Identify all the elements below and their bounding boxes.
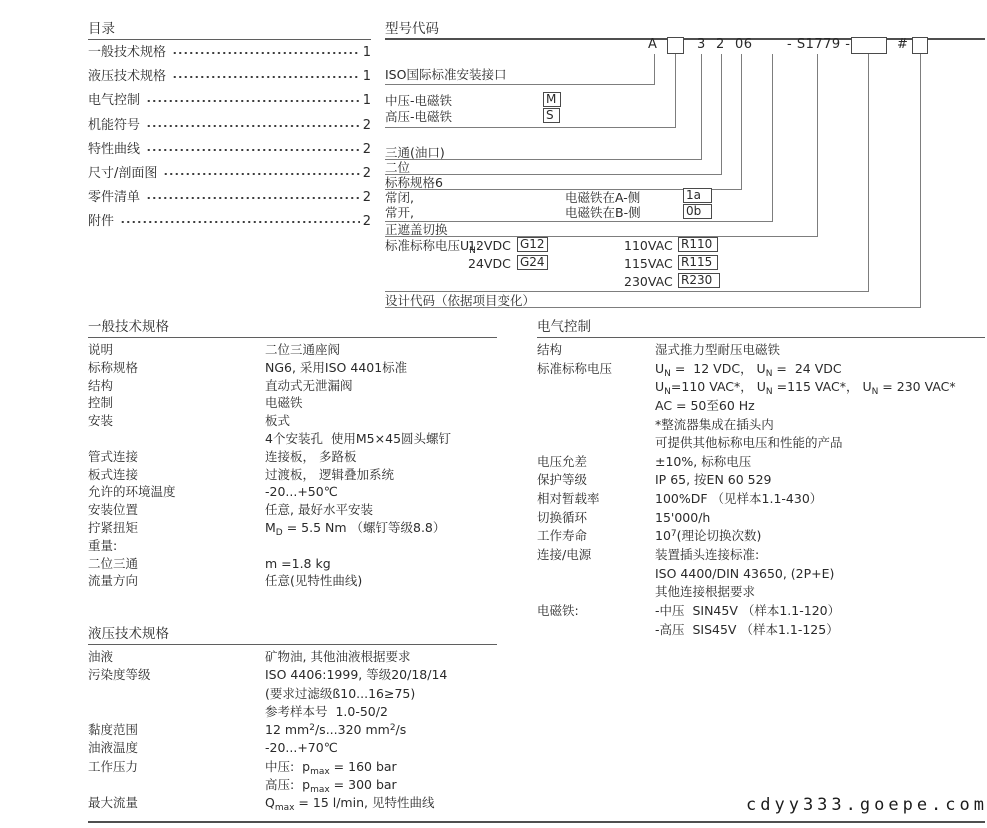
table-of-contents: 目录 一般技术规格1 液压技术规格1 电气控制1 机能符号2 特性曲线2 尺寸/… xyxy=(88,22,371,235)
code-part-hash: # xyxy=(897,37,908,53)
spec-label: 控制 xyxy=(88,394,265,412)
spec-row: 允许的环境温度-20...+50℃ xyxy=(88,483,497,501)
spec-row: 安装位置任意, 最好水平安装 xyxy=(88,501,497,519)
page-bottom-rule xyxy=(88,821,985,823)
toc-leader-dots xyxy=(146,98,360,104)
spec-row: UN=110 VAC*， UN =115 VAC*， UN = 230 VAC* xyxy=(537,378,985,397)
high-pressure-solenoid-label: 高压-电磁铁 xyxy=(385,110,452,124)
spec-row: 连接/电源装置插头连接标准: xyxy=(537,546,985,565)
toc-item: 电气控制1 xyxy=(88,89,371,113)
spec-value: 矿物油, 其他油液根据要求 xyxy=(265,648,497,666)
spec-value: (要求过滤级ß10...16≥75) xyxy=(265,685,497,703)
toc-page-number: 1 xyxy=(363,65,371,89)
toc-page-number: 2 xyxy=(363,186,371,210)
toc-page-number: 2 xyxy=(363,210,371,234)
spec-row: 重量: xyxy=(88,537,497,555)
label-rule xyxy=(385,236,818,237)
spec-row: 二位三通m =1.8 kg xyxy=(88,555,497,573)
spec-label: 管式连接 xyxy=(88,448,265,466)
spec-value: m =1.8 kg xyxy=(265,555,497,573)
connector-line xyxy=(741,54,742,189)
spec-label: 保护等级 xyxy=(537,471,655,490)
spec-row: 切换循环15'000/h xyxy=(537,509,985,528)
toc-item-label: 特性曲线 xyxy=(88,138,140,162)
spec-label: 安装 xyxy=(88,412,265,430)
voltage-option-label: 230VAC xyxy=(624,275,673,289)
toc-page-number: 2 xyxy=(363,114,371,138)
code-option-0b: 0b xyxy=(683,204,712,219)
code-option-S: S xyxy=(543,108,560,123)
spec-value: Qmax = 15 l/min, 见特性曲线 xyxy=(265,794,497,812)
spec-value: *整流器集成在插头内 xyxy=(655,416,985,435)
watermark-text: cdyy333.goepe.com xyxy=(746,795,987,815)
spec-label: 说明 xyxy=(88,341,265,359)
spec-row: 可提供其他标称电压和性能的产品 xyxy=(537,434,985,453)
code-slot-design-box xyxy=(912,37,928,54)
toc-item-label: 一般技术规格 xyxy=(88,41,166,65)
spec-label: 污染度等级 xyxy=(88,666,265,684)
spec-label: 工作压力 xyxy=(88,758,265,776)
toc-page-number: 1 xyxy=(363,41,371,65)
spec-row: 安装板式 xyxy=(88,412,497,430)
spec-label: 电磁铁: xyxy=(537,602,655,621)
spec-row: 油液温度-20...+70℃ xyxy=(88,739,497,757)
toc-page-number: 2 xyxy=(363,162,371,186)
spec-label: 相对暂载率 xyxy=(537,490,655,509)
toc-page-number: 1 xyxy=(363,89,371,113)
toc-item-label: 尺寸/剖面图 xyxy=(88,162,157,186)
spec-row: 黏度范围12 mm2/s...320 mm2/s xyxy=(88,721,497,739)
code-part-size: 06 xyxy=(735,37,753,53)
spec-value: 中压: pmax = 160 bar xyxy=(265,758,497,776)
code-slot-voltage-box xyxy=(851,37,887,54)
three-way-label: 三通(油口) xyxy=(385,146,445,160)
toc-item: 特性曲线2 xyxy=(88,138,371,162)
toc-leader-dots xyxy=(146,195,360,201)
spec-value: 100%DF （见样本1.1-430） xyxy=(655,490,985,509)
spec-label: 油液温度 xyxy=(88,739,265,757)
toc-leader-dots xyxy=(146,123,360,129)
code-part-iso: A xyxy=(648,37,657,53)
spec-value: 其他连接根据要求 xyxy=(655,583,985,602)
code-part-two-position: 2 xyxy=(716,37,725,53)
toc-title: 目录 xyxy=(88,22,371,40)
spec-label: 二位三通 xyxy=(88,555,265,573)
toc-item-label: 电气控制 xyxy=(88,89,140,113)
spec-row: 油液矿物油, 其他油液根据要求 xyxy=(88,648,497,666)
toc-leader-dots xyxy=(163,171,359,177)
spec-value: ISO 4400/DIN 43650, (2P+E) xyxy=(655,565,985,584)
connector-line xyxy=(721,54,722,174)
code-option-M: M xyxy=(543,92,561,107)
spec-value: 高压: pmax = 300 bar xyxy=(265,776,497,794)
spec-label: 标称规格 xyxy=(88,359,265,377)
spec-value: 参考样本号 1.0-50/2 xyxy=(265,703,497,721)
voltage-option-label: 12VDC xyxy=(468,239,511,253)
spec-value: IP 65, 按EN 60 529 xyxy=(655,471,985,490)
spec-row: ISO 4400/DIN 43650, (2P+E) xyxy=(537,565,985,584)
spec-label: 油液 xyxy=(88,648,265,666)
electrical-specs-title: 电气控制 xyxy=(537,320,985,338)
toc-leader-dots xyxy=(146,147,360,153)
spec-value: 可提供其他标称电压和性能的产品 xyxy=(655,434,985,453)
design-code-label: 设计代码（依据项目变化） xyxy=(385,294,535,308)
spec-row: 污染度等级ISO 4406:1999, 等级20/18/14 xyxy=(88,666,497,684)
spec-label: 电压允差 xyxy=(537,453,655,472)
connector-line xyxy=(772,54,773,221)
spec-value: 4个安装孔 使用M5×45圆头螺钉 xyxy=(265,430,497,448)
connector-line xyxy=(868,54,869,291)
spec-label: 工作寿命 xyxy=(537,527,655,546)
spec-row: 电压允差±10%, 标称电压 xyxy=(537,453,985,472)
two-position-label: 二位 xyxy=(385,161,410,175)
spec-value: -20...+50℃ xyxy=(265,483,497,501)
spec-row: AC = 50至60 Hz xyxy=(537,397,985,416)
spec-row: 保护等级IP 65, 按EN 60 529 xyxy=(537,471,985,490)
spec-row: 工作寿命107(理论切换次数) xyxy=(537,527,985,546)
hydraulic-specs-title: 液压技术规格 xyxy=(88,627,497,645)
spec-label: 结构 xyxy=(537,341,655,360)
spec-label: 最大流量 xyxy=(88,794,265,812)
toc-item: 零件清单2 xyxy=(88,186,371,210)
code-option-R115: R115 xyxy=(678,255,718,270)
spec-row: 标准标称电压UN = 12 VDC， UN = 24 VDC xyxy=(537,360,985,379)
voltage-option-label: 115VAC xyxy=(624,257,673,271)
medium-pressure-solenoid-label: 中压-电磁铁 xyxy=(385,94,452,108)
spec-label: 拧紧扭矩 xyxy=(88,519,265,537)
solenoid-a-side-label: 电磁铁在A-侧 xyxy=(565,191,640,205)
spec-row: -高压 SIS45V （样本1.1-125） xyxy=(537,621,985,640)
spec-value: 直动式无泄漏阀 xyxy=(265,377,497,395)
spec-value: MD = 5.5 Nm （螺钉等级8.8） xyxy=(265,519,497,537)
connector-line xyxy=(675,54,676,127)
connector-line xyxy=(701,54,702,159)
spec-row: 最大流量Qmax = 15 l/min, 见特性曲线 xyxy=(88,794,497,812)
spec-row: 说明二位三通座阀 xyxy=(88,341,497,359)
normally-closed-label: 常闭, xyxy=(385,191,414,205)
toc-leader-dots xyxy=(172,50,360,56)
spec-row: 工作压力中压: pmax = 160 bar xyxy=(88,758,497,776)
spec-value: 板式 xyxy=(265,412,497,430)
code-option-G24: G24 xyxy=(517,255,548,270)
spec-value: 任意, 最好水平安装 xyxy=(265,501,497,519)
spec-value: 湿式推力型耐压电磁铁 xyxy=(655,341,985,360)
spec-value: -中压 SIN45V （样本1.1-120） xyxy=(655,602,985,621)
spec-value: 电磁铁 xyxy=(265,394,497,412)
spec-value: AC = 50至60 Hz xyxy=(655,397,985,416)
spec-label: 结构 xyxy=(88,377,265,395)
toc-item: 尺寸/剖面图2 xyxy=(88,162,371,186)
spec-label: 切换循环 xyxy=(537,509,655,528)
spec-label: 连接/电源 xyxy=(537,546,655,565)
toc-items: 一般技术规格1 液压技术规格1 电气控制1 机能符号2 特性曲线2 尺寸/剖面图… xyxy=(88,41,371,235)
spec-value: 装置插头连接标准: xyxy=(655,546,985,565)
spec-row: *整流器集成在插头内 xyxy=(537,416,985,435)
label-rule xyxy=(385,291,869,292)
spec-row: 拧紧扭矩MD = 5.5 Nm （螺钉等级8.8） xyxy=(88,519,497,537)
spec-row: 电磁铁:-中压 SIN45V （样本1.1-120） xyxy=(537,602,985,621)
code-option-G12: G12 xyxy=(517,237,548,252)
hydraulic-specs-section: 液压技术规格 油液矿物油, 其他油液根据要求 污染度等级ISO 4406:199… xyxy=(88,627,497,813)
toc-leader-dots xyxy=(120,219,360,225)
spec-row: 控制电磁铁 xyxy=(88,394,497,412)
label-rule xyxy=(385,84,655,85)
spec-label: 安装位置 xyxy=(88,501,265,519)
toc-item-label: 零件清单 xyxy=(88,186,140,210)
spec-value: UN=110 VAC*， UN =115 VAC*， UN = 230 VAC* xyxy=(655,378,985,397)
spec-label: 板式连接 xyxy=(88,466,265,484)
nominal-size-label: 标称规格6 xyxy=(385,176,443,190)
spec-label: 标准标称电压 xyxy=(537,360,655,379)
spec-value: ISO 4406:1999, 等级20/18/14 xyxy=(265,666,497,684)
spec-value: 107(理论切换次数) xyxy=(655,527,985,546)
toc-item-label: 机能符号 xyxy=(88,114,140,138)
spec-row: 结构直动式无泄漏阀 xyxy=(88,377,497,395)
code-part-three-way: 3 xyxy=(697,37,706,53)
spec-row: 其他连接根据要求 xyxy=(537,583,985,602)
label-rule xyxy=(385,127,676,128)
spec-value: 二位三通座阀 xyxy=(265,341,497,359)
code-part-series: - S1779 - xyxy=(787,37,850,53)
spec-value: 连接板， 多路板 xyxy=(265,448,497,466)
spec-label: 黏度范围 xyxy=(88,721,265,739)
voltage-option-label: 24VDC xyxy=(468,257,511,271)
general-specs-section: 一般技术规格 说明二位三通座阀 标称规格NG6, 采用ISO 4401标准 结构… xyxy=(88,320,497,590)
spec-value: 任意(见特性曲线) xyxy=(265,572,497,590)
iso-mounting-label: ISO国际标准安装接口 xyxy=(385,68,506,82)
toc-item-label: 液压技术规格 xyxy=(88,65,166,89)
spec-label: 流量方向 xyxy=(88,572,265,590)
code-option-R110: R110 xyxy=(678,237,718,252)
general-specs-title: 一般技术规格 xyxy=(88,320,497,338)
toc-item: 附件2 xyxy=(88,210,371,234)
toc-item: 机能符号2 xyxy=(88,114,371,138)
normally-open-label: 常开, xyxy=(385,206,414,220)
toc-item: 液压技术规格1 xyxy=(88,65,371,89)
model-code-title: 型号代码 xyxy=(385,22,439,37)
spec-label: 重量: xyxy=(88,537,265,555)
spec-value: 过渡板， 逻辑叠加系统 xyxy=(265,466,497,484)
spec-row: 结构湿式推力型耐压电磁铁 xyxy=(537,341,985,360)
toc-leader-dots xyxy=(172,74,360,80)
spec-value: -20...+70℃ xyxy=(265,739,497,757)
electrical-specs-section: 电气控制 结构湿式推力型耐压电磁铁 标准标称电压UN = 12 VDC， UN … xyxy=(537,320,985,639)
code-option-R230: R230 xyxy=(678,273,720,288)
solenoid-b-side-label: 电磁铁在B-侧 xyxy=(565,206,641,220)
connector-line xyxy=(654,54,655,84)
connector-line xyxy=(817,54,818,236)
spec-value: ±10%, 标称电压 xyxy=(655,453,985,472)
spec-row: 相对暂载率100%DF （见样本1.1-430） xyxy=(537,490,985,509)
toc-item: 一般技术规格1 xyxy=(88,41,371,65)
spec-row: (要求过滤级ß10...16≥75) xyxy=(88,685,497,703)
spec-value: NG6, 采用ISO 4401标准 xyxy=(265,359,497,377)
spec-row: 高压: pmax = 300 bar xyxy=(88,776,497,794)
datasheet-page: 目录 一般技术规格1 液压技术规格1 电气控制1 机能符号2 特性曲线2 尺寸/… xyxy=(0,0,987,828)
spec-value: 15'000/h xyxy=(655,509,985,528)
nominal-voltage-label: 标准标称电压UN: xyxy=(385,239,480,253)
spec-row: 流量方向任意(见特性曲线) xyxy=(88,572,497,590)
spec-value: -高压 SIS45V （样本1.1-125） xyxy=(655,621,985,640)
toc-page-number: 2 xyxy=(363,138,371,162)
overlap-switching-label: 正遮盖切换 xyxy=(385,223,448,237)
code-slot-solenoid-type-box xyxy=(667,37,684,54)
code-option-1a: 1a xyxy=(683,188,712,203)
model-code-title-rule xyxy=(385,38,985,40)
spec-row: 参考样本号 1.0-50/2 xyxy=(88,703,497,721)
spec-row: 4个安装孔 使用M5×45圆头螺钉 xyxy=(88,430,497,448)
spec-row: 标称规格NG6, 采用ISO 4401标准 xyxy=(88,359,497,377)
voltage-option-label: 110VAC xyxy=(624,239,673,253)
spec-row: 板式连接过渡板， 逻辑叠加系统 xyxy=(88,466,497,484)
spec-label: 允许的环境温度 xyxy=(88,483,265,501)
toc-item-label: 附件 xyxy=(88,210,114,234)
spec-value: 12 mm2/s...320 mm2/s xyxy=(265,721,497,739)
connector-line xyxy=(920,54,921,307)
spec-row: 管式连接连接板， 多路板 xyxy=(88,448,497,466)
spec-value: UN = 12 VDC， UN = 24 VDC xyxy=(655,360,985,379)
